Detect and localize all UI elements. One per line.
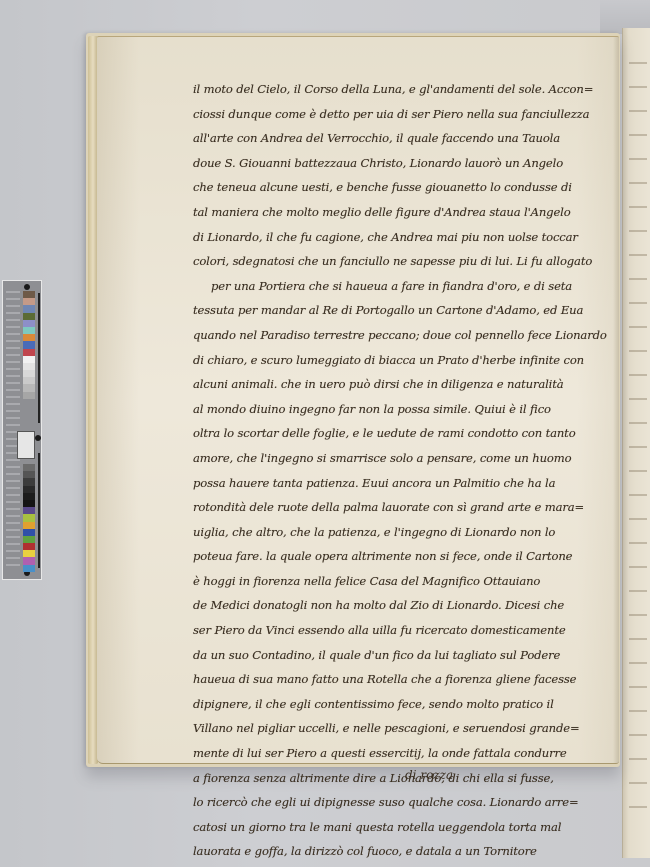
calibration-swatch bbox=[23, 536, 35, 543]
manuscript-line: uiglia, che altro, che la patienza, e l'… bbox=[193, 520, 593, 545]
manuscript-line: quando nel Paradiso terrestre peccano; d… bbox=[193, 323, 593, 348]
manuscript-line: mente di lui ser Piero a questi essercit… bbox=[193, 741, 593, 766]
calibration-swatch bbox=[23, 486, 35, 493]
calibration-swatch bbox=[23, 377, 35, 384]
manuscript-line: il moto del Cielo, il Corso della Luna, … bbox=[193, 77, 593, 102]
catchword: di rozza bbox=[405, 768, 453, 782]
calibration-swatch bbox=[23, 298, 35, 305]
calibration-rule-bottom bbox=[38, 453, 40, 568]
manuscript-line: per una Portiera che si haueua a fare in… bbox=[193, 274, 593, 299]
calibration-swatch bbox=[23, 500, 35, 507]
calibration-swatch bbox=[23, 471, 35, 478]
calibration-swatch bbox=[23, 507, 35, 514]
manuscript-line: all'arte con Andrea del Verrocchio, il q… bbox=[193, 126, 593, 151]
manuscript-line: di chiaro, e scuro lumeggiato di biacca … bbox=[193, 348, 593, 373]
registration-dot-top bbox=[24, 284, 30, 290]
adjacent-page-text bbox=[629, 48, 647, 818]
calibration-swatch bbox=[23, 320, 35, 327]
manuscript-line: ciossi dunque come è detto per uia di se… bbox=[193, 102, 593, 127]
manuscript-line: dipignere, il che egli contentissimo fec… bbox=[193, 692, 593, 717]
manuscript-line: catosi un giorno tra le mani questa rote… bbox=[193, 815, 593, 840]
manuscript-line: possa hauere tanta patienza. Euui ancora… bbox=[193, 471, 593, 496]
manuscript-line: di Lionardo, il che fu cagione, che Andr… bbox=[193, 225, 593, 250]
manuscript-line: lauorata e goffa, la dirizzò col fuoco, … bbox=[193, 839, 593, 864]
calibration-swatch bbox=[23, 514, 35, 521]
calibration-swatch bbox=[23, 327, 35, 334]
manuscript-text: il moto del Cielo, il Corso della Luna, … bbox=[193, 77, 593, 864]
calibration-swatch bbox=[23, 305, 35, 312]
swatch-column-bottom bbox=[23, 464, 35, 572]
calibration-swatch bbox=[23, 543, 35, 550]
registration-dot-middle bbox=[35, 435, 41, 441]
manuscript-line: che teneua alcune uesti, e benche fusse … bbox=[193, 175, 593, 200]
calibration-swatch bbox=[23, 341, 35, 348]
calibration-rule-top bbox=[38, 293, 40, 423]
manuscript-leaf: il moto del Cielo, il Corso della Luna, … bbox=[97, 36, 619, 764]
calibration-scale-ticks bbox=[6, 291, 20, 569]
calibration-swatch bbox=[23, 478, 35, 485]
calibration-swatch bbox=[23, 522, 35, 529]
manuscript-line: rotondità dele ruote della palma lauorat… bbox=[193, 495, 593, 520]
calibration-swatch bbox=[23, 313, 35, 320]
manuscript-line: oltra lo scortar delle foglie, e le uedu… bbox=[193, 421, 593, 446]
manuscript-line: lo ricercò che egli ui dipignesse suso q… bbox=[193, 790, 593, 815]
manuscript-line: poteua fare. la quale opera altrimente n… bbox=[193, 544, 593, 569]
calibration-swatch bbox=[23, 392, 35, 399]
calibration-swatch bbox=[23, 384, 35, 391]
gutter-fold bbox=[613, 37, 619, 763]
manuscript-line: alcuni animali. che in uero può dirsi ch… bbox=[193, 372, 593, 397]
calibration-label-card bbox=[17, 431, 35, 459]
manuscript-line: Villano nel pigliar uccelli, e nelle pes… bbox=[193, 716, 593, 741]
calibration-swatch bbox=[23, 565, 35, 572]
calibration-swatch bbox=[23, 349, 35, 356]
calibration-swatch bbox=[23, 557, 35, 564]
manuscript-line: de Medici donatogli non ha molto dal Zio… bbox=[193, 593, 593, 618]
calibration-swatch bbox=[23, 550, 35, 557]
manuscript-line: da un suo Contadino, il quale d'un fico … bbox=[193, 643, 593, 668]
calibration-swatch bbox=[23, 291, 35, 298]
calibration-swatch bbox=[23, 363, 35, 370]
manuscript-line: a fiorenza senza altrimente dire a Liona… bbox=[193, 766, 593, 791]
calibration-swatch bbox=[23, 334, 35, 341]
manuscript-line: ser Piero da Vinci essendo alla uilla fu… bbox=[193, 618, 593, 643]
manuscript-line: è hoggi in fiorenza nella felice Casa de… bbox=[193, 569, 593, 594]
manuscript-line: doue S. Giouanni battezzaua Christo, Lio… bbox=[193, 151, 593, 176]
adjacent-page bbox=[622, 28, 650, 858]
calibration-swatch bbox=[23, 529, 35, 536]
manuscript-line: tessuta per mandar al Re di Portogallo u… bbox=[193, 298, 593, 323]
color-calibration-target bbox=[2, 280, 42, 580]
calibration-swatch bbox=[23, 356, 35, 363]
manuscript-line: amore, che l'ingegno si smarrisce solo a… bbox=[193, 446, 593, 471]
manuscript-line: al mondo diuino ingegno far non la possa… bbox=[193, 397, 593, 422]
swatch-column-top bbox=[23, 291, 35, 399]
calibration-swatch bbox=[23, 464, 35, 471]
manuscript-line: tal maniera che molto meglio delle figur… bbox=[193, 200, 593, 225]
manuscript-line: colori, sdegnatosi che un fanciullo ne s… bbox=[193, 249, 593, 274]
manuscript-line: haueua di sua mano fatto una Rotella che… bbox=[193, 667, 593, 692]
calibration-swatch bbox=[23, 370, 35, 377]
calibration-swatch bbox=[23, 493, 35, 500]
